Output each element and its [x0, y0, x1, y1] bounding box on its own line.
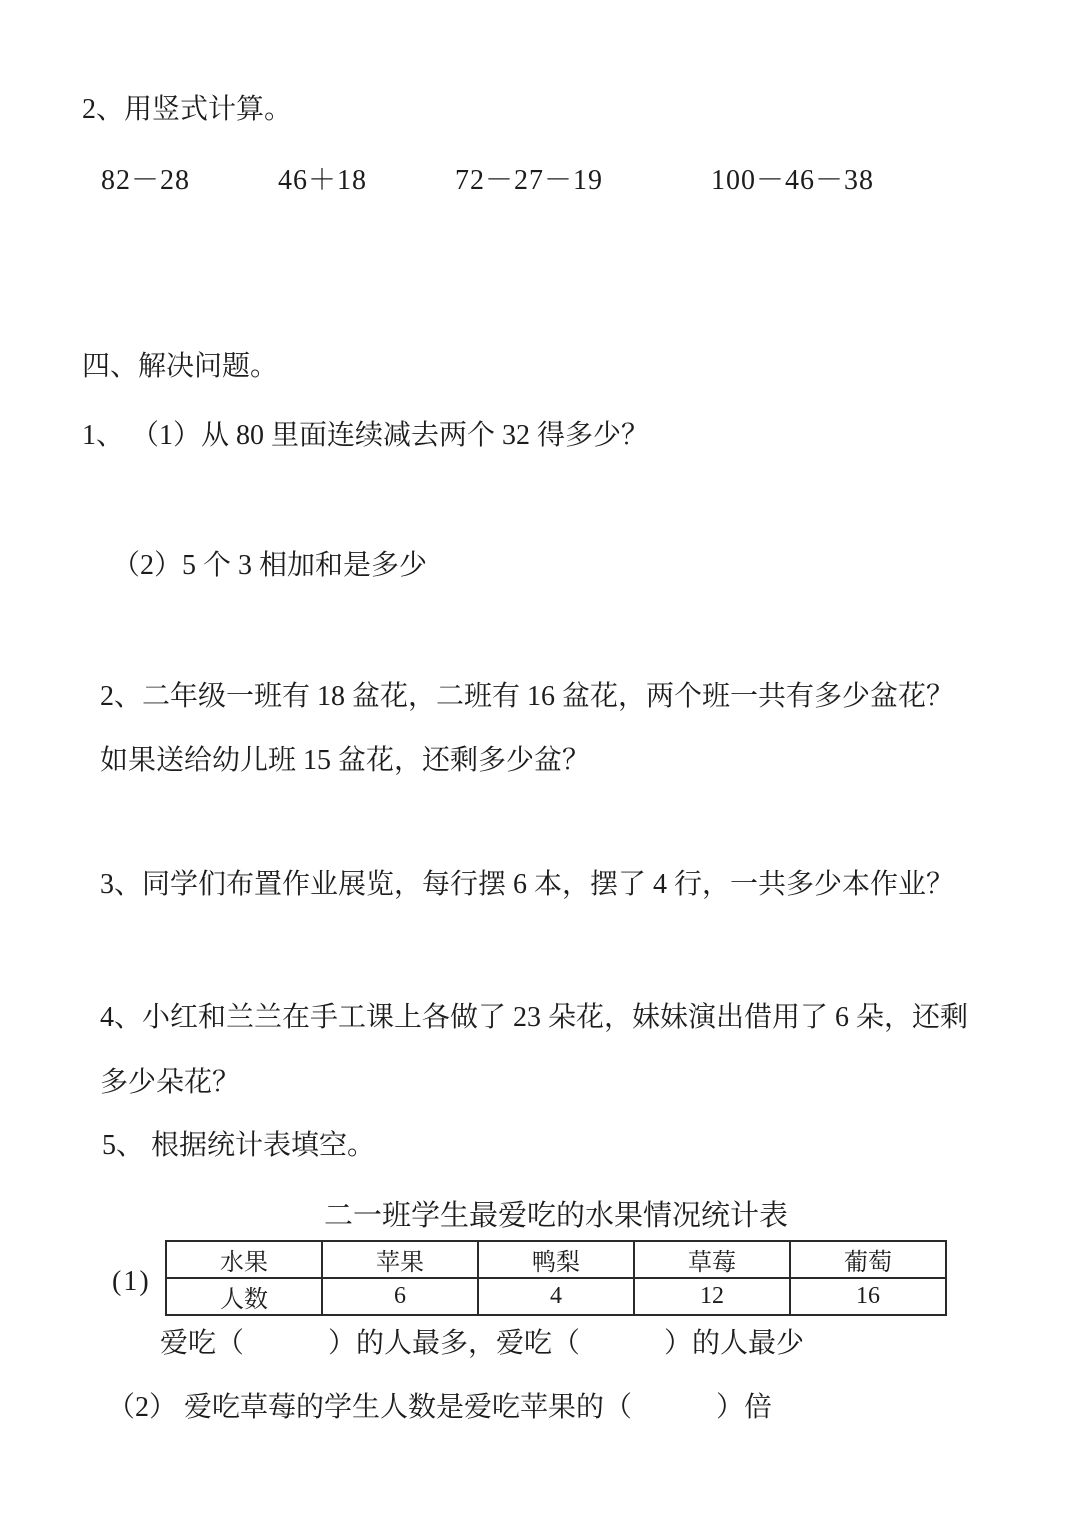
calc-section-heading: 2、用竖式计算。: [82, 94, 292, 126]
table-header-cell-strawberry: 草莓: [634, 1241, 790, 1278]
calc-expression-4: 100－46－38: [711, 158, 874, 198]
table-header-row: 水果 苹果 鸭梨 草莓 葡萄: [166, 1241, 946, 1278]
fill-blank-line2: （2） 爱吃草莓的学生人数是爱吃苹果的（ ）倍: [107, 1392, 772, 1424]
table-data-cell-label: 人数: [166, 1278, 322, 1315]
stats-item1-label: (1): [112, 1266, 151, 1298]
question4-line2: 多少朵花？: [100, 1067, 240, 1099]
fill-blank-line1: 爱吃（ ）的人最多，爱吃（ ）的人最少: [160, 1328, 804, 1360]
fruit-stats-table: 水果 苹果 鸭梨 草莓 葡萄 人数 6 4 12 16: [165, 1240, 947, 1316]
table-header-cell-fruit: 水果: [166, 1241, 322, 1278]
calc-expression-2: 46＋18: [278, 158, 367, 198]
table-header-cell-pear: 鸭梨: [478, 1241, 634, 1278]
solve-section-heading: 四、解决问题。: [82, 351, 278, 383]
table-header-cell-grape: 葡萄: [790, 1241, 946, 1278]
question2-line2: 如果送给幼儿班 15 盆花，还剩多少盆？: [100, 745, 590, 777]
question4-line1: 4、小红和兰兰在手工课上各做了 23 朵花，妹妹演出借用了 6 朵，还剩: [100, 1002, 968, 1034]
table-data-cell-pear-count: 4: [478, 1278, 634, 1315]
calc-expression-3: 72－27－19: [455, 158, 603, 198]
table-header-cell-apple: 苹果: [322, 1241, 478, 1278]
stats-table-title: 二一班学生最爱吃的水果情况统计表: [165, 1193, 947, 1234]
table-data-cell-grape-count: 16: [790, 1278, 946, 1315]
table-data-row: 人数 6 4 12 16: [166, 1278, 946, 1315]
question1-part2: （2）5 个 3 相加和是多少: [112, 550, 427, 582]
table-data-cell-strawberry-count: 12: [634, 1278, 790, 1315]
worksheet-page: 2、用竖式计算。 82－28 46＋18 72－27－19 100－46－38 …: [0, 0, 1088, 1536]
question2-line1: 2、二年级一班有 18 盆花，二班有 16 盆花，两个班一共有多少盆花？: [100, 681, 954, 713]
question1-part1: 1、 （1）从 80 里面连续减去两个 32 得多少？: [82, 420, 649, 452]
question3: 3、同学们布置作业展览，每行摆 6 本，摆了 4 行，一共多少本作业？: [100, 869, 954, 901]
calc-expression-1: 82－28: [101, 158, 190, 198]
table-data-cell-apple-count: 6: [322, 1278, 478, 1315]
question5: 5、 根据统计表填空。: [102, 1130, 375, 1162]
